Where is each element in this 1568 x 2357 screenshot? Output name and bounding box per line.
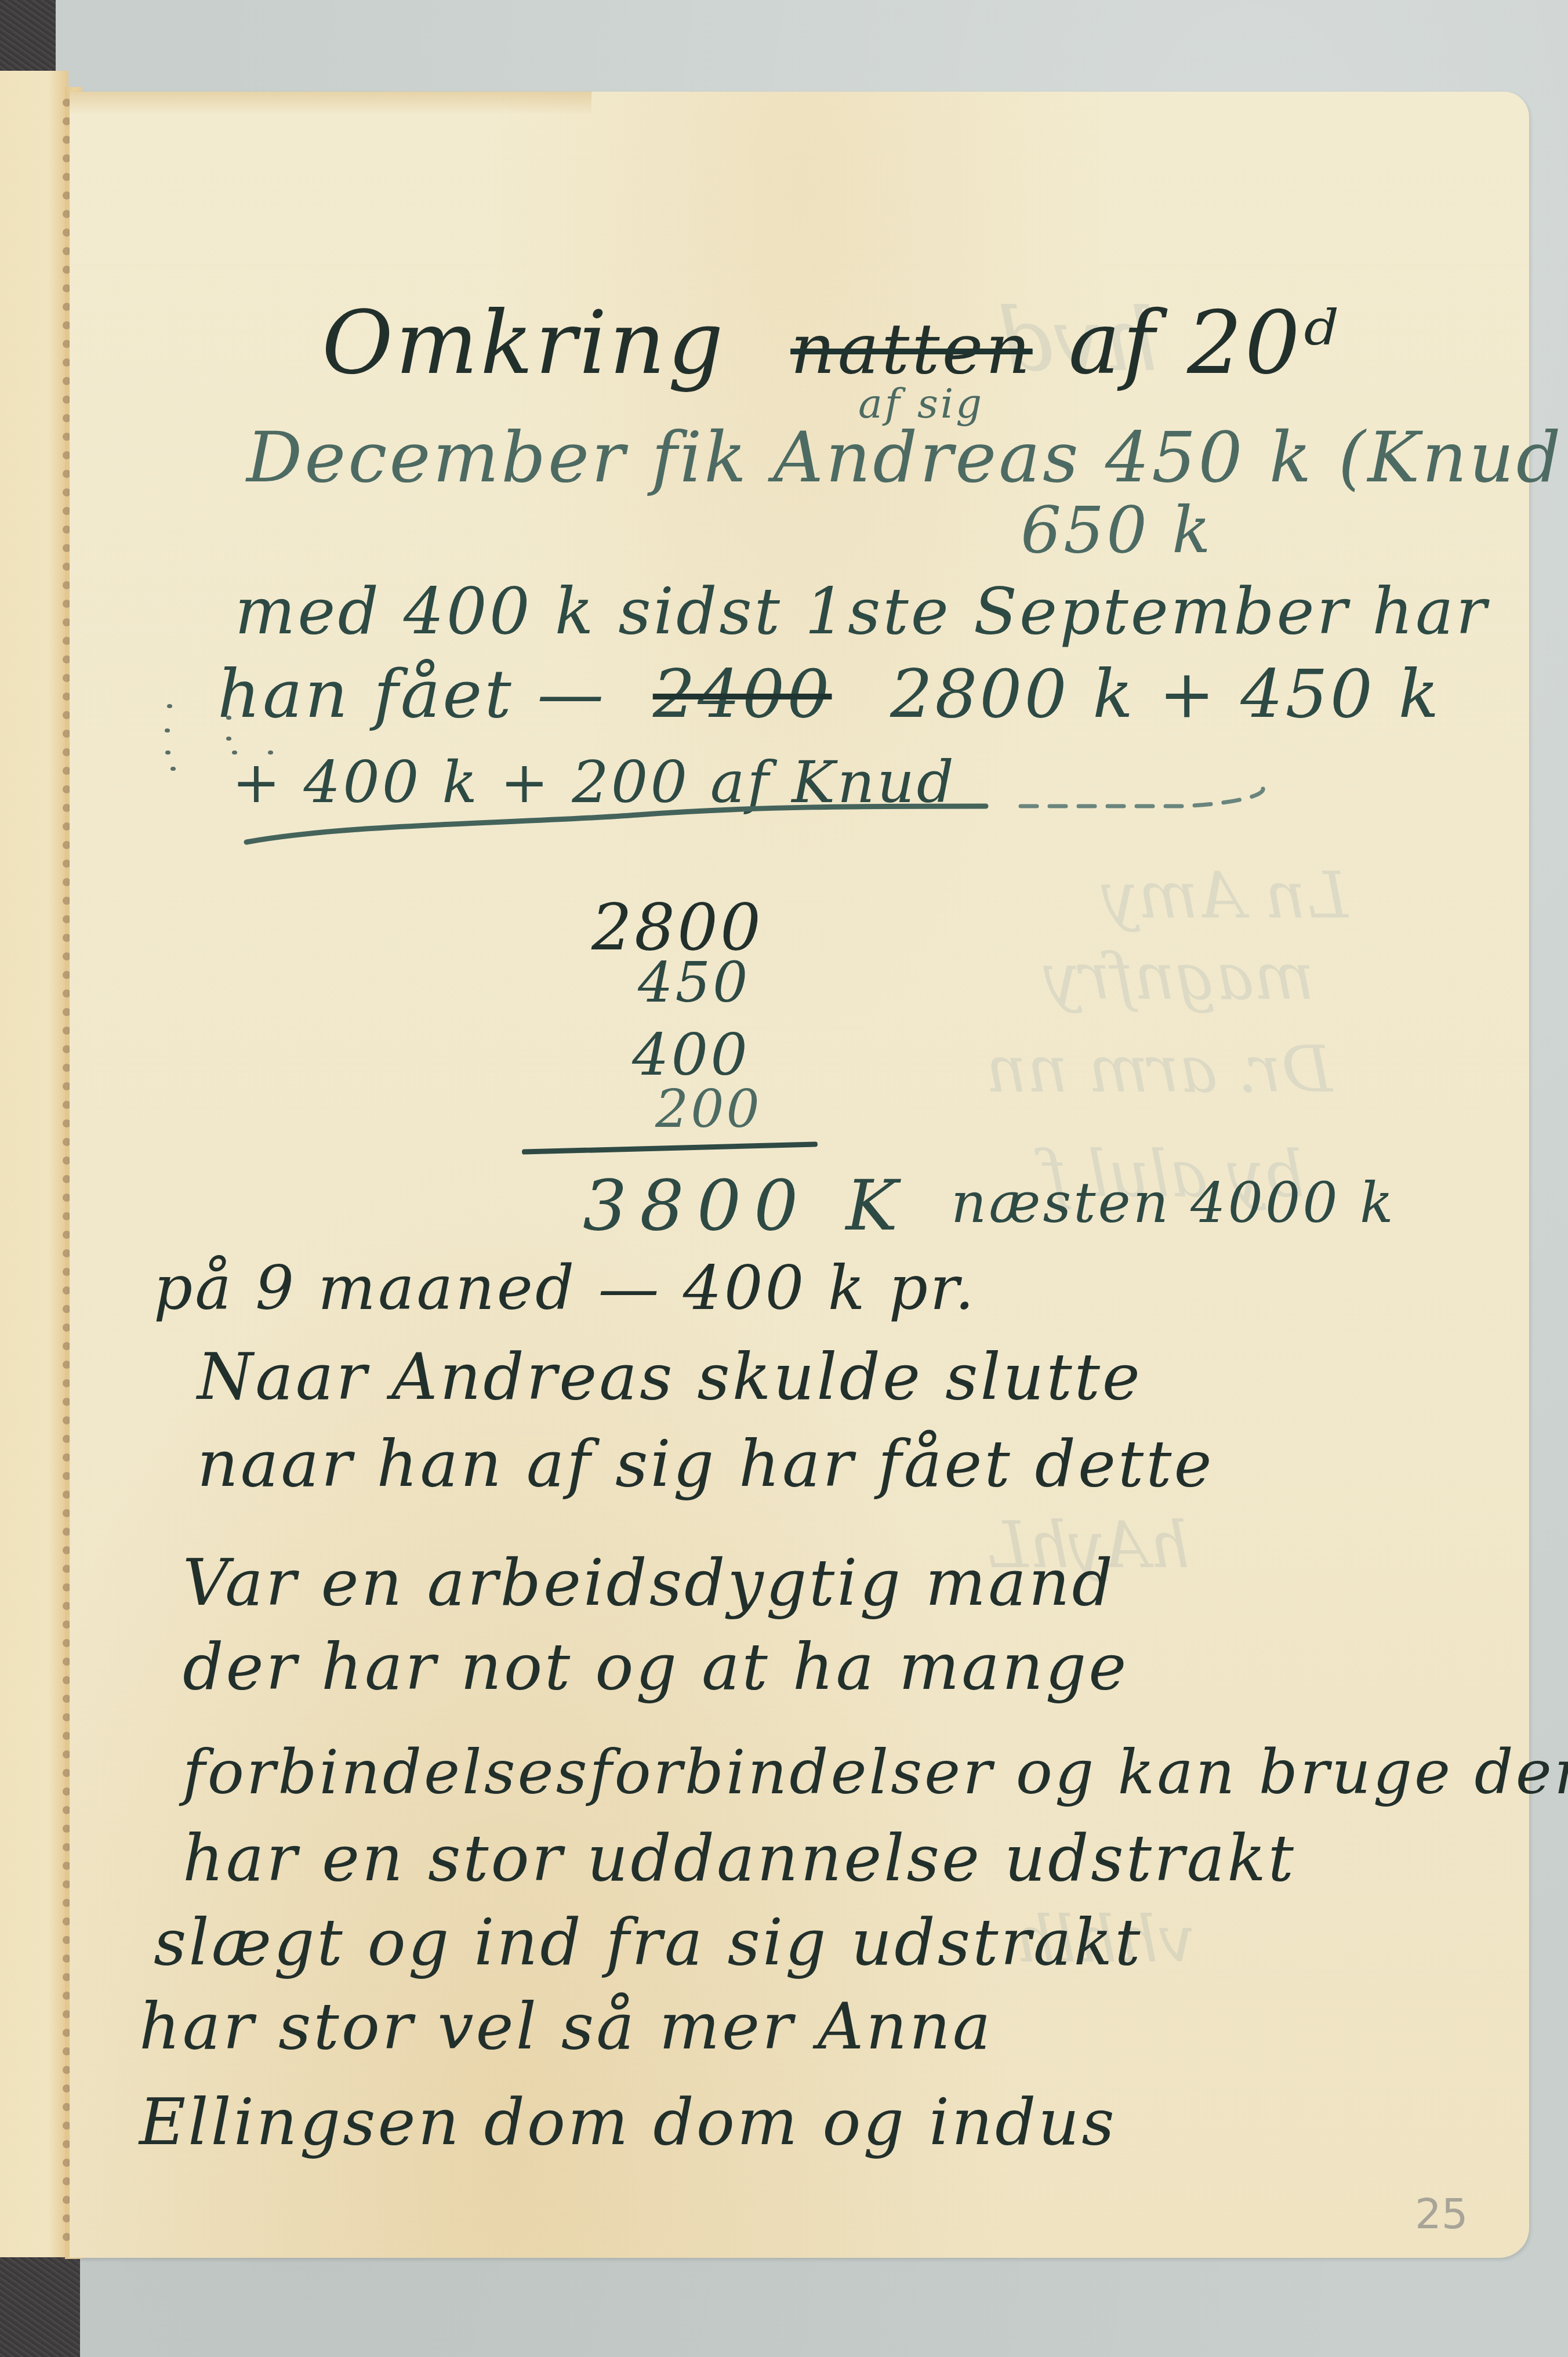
text-line: Naar Andreas skulde slutte [197, 1340, 1142, 1414]
text-line: Ellingsen dom dom og indus [139, 2085, 1117, 2159]
text-line: på 9 maaned — 400 k pr. [154, 1253, 977, 1323]
text-line: der har not og at ha mange [183, 1630, 1128, 1704]
text-line: har en stor uddannelse udstrakt [183, 1821, 1296, 1895]
text-line: har stor vel så mer Anna [139, 1989, 993, 2064]
text-line: naar han af sig har fået dette [197, 1427, 1214, 1501]
sum-total: 3800 K [583, 1166, 910, 1246]
text-line: forbindelsesforbindelser og kan bruge de… [183, 1737, 1568, 1808]
sum-addend: 200 [655, 1079, 762, 1140]
sum-note: næsten 4000 k [951, 1172, 1396, 1235]
page-number: 25 [1415, 2189, 1468, 2238]
text-line: Var en arbeidsdygtig mand [183, 1546, 1115, 1620]
text-line: slægt og ind fra sig udstrakt [154, 1905, 1142, 1979]
sum-addend: 450 [638, 951, 750, 1015]
